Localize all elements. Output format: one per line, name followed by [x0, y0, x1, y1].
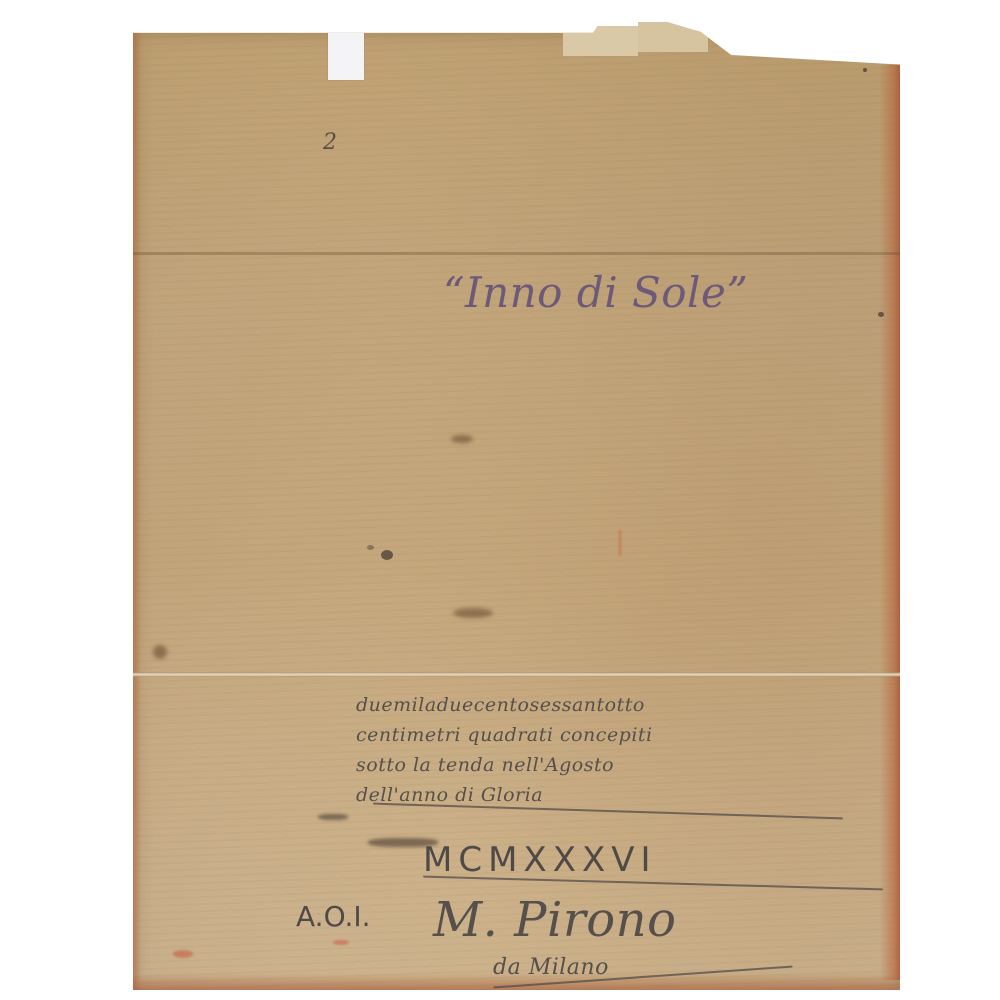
aoi-prefix: A.O.I. — [296, 900, 371, 933]
inscription-line: sotto la tenda nell'Agosto — [356, 754, 614, 776]
wooden-panel-verso: 2 “Inno di Sole” duemiladuecentosessanto… — [133, 30, 900, 990]
red-stain — [173, 950, 193, 958]
upper-board-seam — [133, 252, 900, 255]
lower-board-seam — [133, 672, 900, 677]
underline-rule — [373, 803, 843, 820]
red-pencil-mark — [619, 530, 621, 556]
nail-hole — [878, 312, 884, 317]
inscription-line: centimetri quadrati concepiti — [356, 724, 653, 746]
origin-text: da Milano — [493, 955, 609, 980]
red-stain — [333, 940, 349, 945]
title-text: Inno di Sole — [465, 268, 726, 317]
pencil-smudge — [318, 814, 348, 820]
inscription-line: duemiladuecentosessantotto — [356, 694, 645, 716]
wood-knot — [453, 608, 493, 618]
dark-spot — [367, 545, 374, 550]
torn-paper-fragment — [638, 22, 708, 52]
left-edge-stain — [133, 30, 141, 990]
wood-knot — [153, 645, 167, 659]
open-quote: “ — [443, 268, 465, 317]
close-quote: ” — [726, 268, 748, 317]
right-edge-stain — [880, 65, 900, 980]
dark-spot — [381, 550, 393, 560]
nail-hole — [863, 68, 867, 72]
corner-number-mark: 2 — [323, 130, 338, 155]
year-roman-numeral: MCMXXXVI — [423, 840, 657, 880]
white-label-sticker — [328, 32, 364, 80]
torn-paper-fragment — [563, 26, 638, 56]
title-inscription: “Inno di Sole” — [443, 268, 748, 317]
wood-knot — [451, 435, 473, 443]
artist-signature: M. Pirono — [433, 892, 676, 948]
